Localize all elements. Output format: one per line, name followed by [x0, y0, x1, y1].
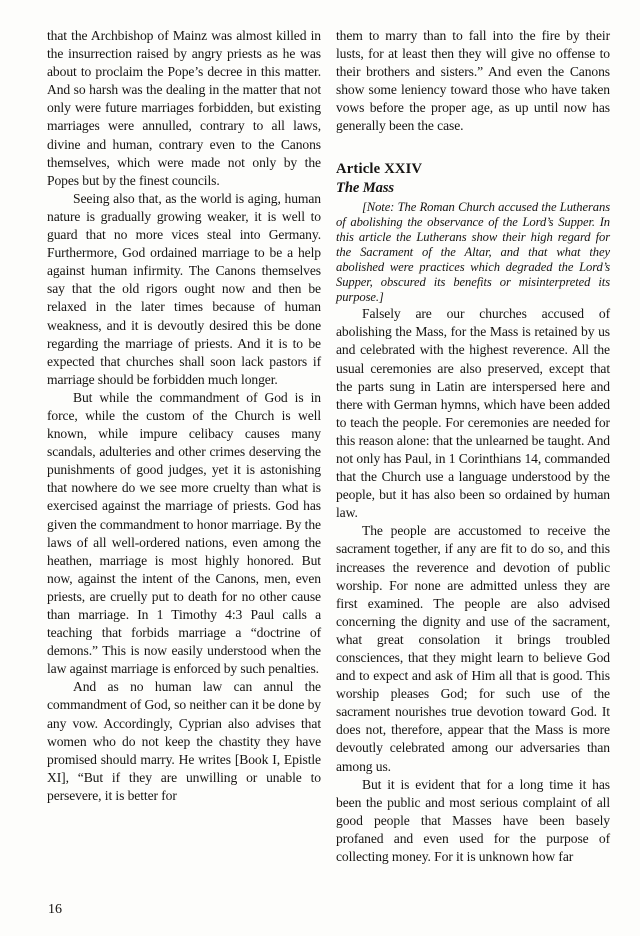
article-subheading: The Mass	[336, 179, 610, 198]
paragraph: Seeing also that, as the world is aging,…	[47, 190, 321, 389]
book-page: that the Archbishop of Mainz was almost …	[0, 0, 640, 936]
paragraph: that the Archbishop of Mainz was almost …	[47, 27, 321, 190]
paragraph: them to marry than to fall into the fire…	[336, 27, 610, 136]
two-column-layout: that the Archbishop of Mainz was almost …	[47, 27, 610, 866]
paragraph: But while the commandment of God is in f…	[47, 389, 321, 679]
paragraph: But it is evident that for a long time i…	[336, 776, 610, 866]
page-number: 16	[48, 902, 62, 918]
left-column: that the Archbishop of Mainz was almost …	[47, 27, 321, 866]
article-heading: Article XXIV	[336, 160, 610, 179]
paragraph: And as no human law can annul the comman…	[47, 678, 321, 805]
paragraph: The people are accustomed to receive the…	[336, 522, 610, 775]
right-column: them to marry than to fall into the fire…	[336, 27, 610, 866]
paragraph: Falsely are our churches accused of abol…	[336, 305, 610, 522]
editorial-note: [Note: The Roman Church accused the Luth…	[336, 200, 610, 306]
